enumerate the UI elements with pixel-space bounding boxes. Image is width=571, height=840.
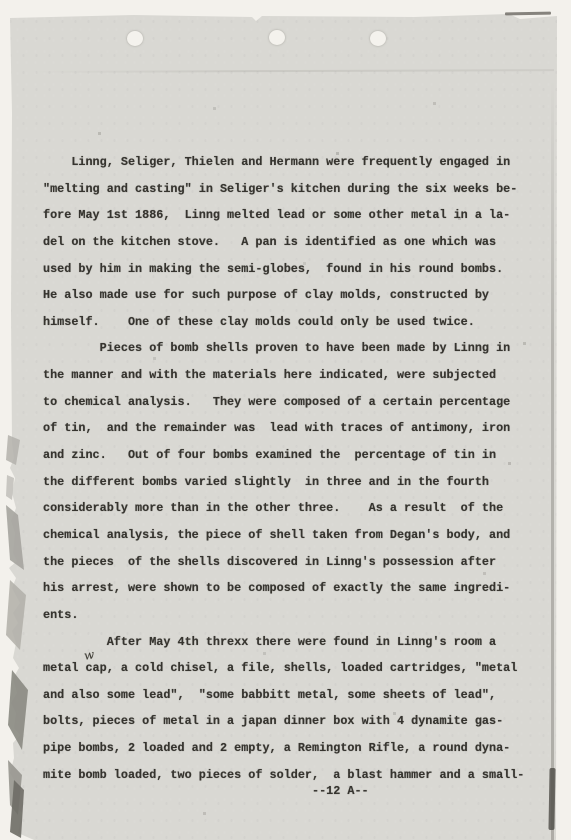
punch-hole <box>370 31 386 46</box>
text-line: After May 4th threxx there were found in… <box>43 629 543 656</box>
text-line: del on the kitchen stove. A pan is ident… <box>43 229 543 256</box>
punch-hole <box>269 30 285 45</box>
text-line: pipe bombs, 2 loaded and 2 empty, a Remi… <box>43 735 543 762</box>
bottom-right-edge-mark <box>548 768 555 830</box>
top-right-edge-mark <box>505 12 551 16</box>
text-line: himself. One of these clay molds could o… <box>43 309 543 336</box>
text-line: the different bombs varied slightly in t… <box>43 469 543 496</box>
text-line: Linng, Seliger, Thielen and Hermann were… <box>43 149 543 176</box>
punch-hole <box>127 31 143 46</box>
text-line: the pieces of the shells discovered in L… <box>43 549 543 576</box>
text-line: He also made use for such purpose of cla… <box>43 282 543 309</box>
text-line: his arrest, were shown to be composed of… <box>43 575 543 602</box>
paper-right-edge-shadow <box>551 80 554 840</box>
paper-speckles <box>4 13 5 14</box>
text-line: and zinc. Out of four bombs examined the… <box>43 442 543 469</box>
text-line: bolts, pieces of metal in a japan dinner… <box>43 708 543 735</box>
text-line: considerably more than in the other thre… <box>43 495 543 522</box>
text-line: "melting and casting" in Seliger's kitch… <box>43 176 543 203</box>
page-number: --12 A-- <box>312 784 369 798</box>
paper-crease <box>34 69 554 73</box>
text-line: Pieces of bomb shells proven to have bee… <box>43 335 543 362</box>
torn-left-edge <box>0 420 46 840</box>
text-line: and also some lead", "some babbitt metal… <box>43 682 543 709</box>
text-line: the manner and with the materials here i… <box>43 362 543 389</box>
handwritten-annotation: w <box>83 647 96 663</box>
text-line: fore May 1st 1886, Linng melted lead or … <box>43 202 543 229</box>
text-line: ents. <box>43 602 543 629</box>
text-line: used by him in making the semi-globes, f… <box>43 256 543 283</box>
text-line: mite bomb loaded, two pieces of solder, … <box>43 762 543 789</box>
typewritten-text: Linng, Seliger, Thielen and Hermann were… <box>43 149 543 788</box>
text-line: to chemical analysis. They were composed… <box>43 389 543 416</box>
text-line: of tin, and the remainder was lead with … <box>43 415 543 442</box>
text-line: metal cap, a cold chisel, a file, shells… <box>43 655 543 682</box>
text-line: chemical analysis, the piece of shell ta… <box>43 522 543 549</box>
